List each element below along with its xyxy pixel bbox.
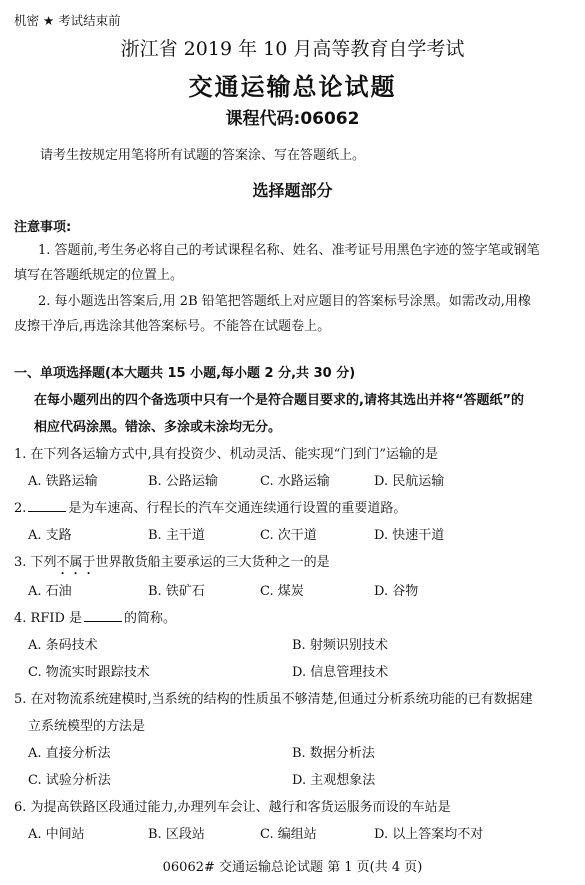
- question-1-option-a: A. 铁路运输: [28, 470, 98, 489]
- section-title: 选择题部分: [0, 178, 585, 201]
- part1-desc-line1: 在每小题列出的四个备选项中只有一个是符合题目要求的,请将其选出并将“答题纸”的: [34, 389, 524, 408]
- question-4-option-b: B. 射频识别技术: [292, 634, 388, 653]
- page-footer: 06062# 交通运输总论试题 第 1 页(共 4 页): [0, 856, 585, 875]
- question-5-stem-line1: 5. 在对物流系统建模时,当系统的结构的性质虽不够清楚,但通过分析系统功能的已有…: [14, 688, 533, 707]
- question-3-prefix: 3. 下列: [14, 555, 57, 570]
- fill-in-blank: [84, 609, 122, 622]
- question-6-option-b: B. 区段站: [148, 823, 205, 842]
- notes-heading: 注意事项:: [14, 216, 71, 235]
- note-2-line2: 皮擦干净后,再选涂其他答案标号。不能答在试题卷上。: [14, 315, 330, 334]
- question-5-option-c: C. 试验分析法: [28, 769, 111, 788]
- question-6-stem: 6. 为提高铁路区段通过能力,办理列车会让、越行和客货运服务而设的车站是: [14, 796, 451, 815]
- paper-title: 交通运输总论试题: [0, 67, 585, 102]
- question-1-stem: 1. 在下列各运输方式中,具有投资少、机动灵活、能实现“门到门”运输的是: [14, 443, 438, 462]
- part1-desc-line2: 相应代码涂黑。错涂、多涂或未涂均无分。: [34, 416, 281, 435]
- question-3-option-c: C. 煤炭: [260, 580, 304, 599]
- question-4-option-a: A. 条码技术: [28, 634, 98, 653]
- question-3-option-b: B. 铁矿石: [148, 580, 205, 599]
- question-5-option-a: A. 直接分析法: [28, 742, 111, 761]
- question-2-option-d: D. 快速干道: [374, 524, 444, 543]
- question-4-stem: 4. RFID 是的简称。: [14, 607, 176, 626]
- note-1-line2: 填写在答题纸规定的位置上。: [14, 264, 183, 283]
- question-6-option-a: A. 中间站: [28, 823, 85, 842]
- part1-heading: 一、单项选择题(本大题共 15 小题,每小题 2 分,共 30 分): [14, 362, 355, 381]
- exam-title: 浙江省 2019 年 10 月高等教育自学考试: [0, 34, 585, 61]
- question-2-stem: 2.是为车速高、行程长的汽车交通连续通行设置的重要道路。: [14, 497, 406, 516]
- answer-instruction: 请考生按规定用笔将所有试题的答案涂、写在答题纸上。: [40, 144, 365, 163]
- question-3-option-d: D. 谷物: [374, 580, 418, 599]
- question-6-option-d: D. 以上答案均不对: [374, 823, 483, 842]
- question-5-stem-line2: 立系统模型的方法是: [28, 715, 145, 734]
- question-4-prefix: 4. RFID 是: [14, 611, 82, 626]
- question-1-option-b: B. 公路运输: [148, 470, 218, 489]
- question-2-option-c: C. 次干道: [260, 524, 317, 543]
- question-2-option-b: B. 主干道: [148, 524, 205, 543]
- course-code: 课程代码:06062: [0, 104, 585, 129]
- question-4-text: 的简称。: [124, 611, 176, 626]
- confidential-label: 机密 ★ 考试结束前: [14, 11, 121, 29]
- note-2-line1: 2. 每小题选出答案后,用 2B 铅笔把答题纸上对应题目的答案标号涂黑。如需改动…: [38, 290, 531, 309]
- question-1-option-c: C. 水路运输: [260, 470, 330, 489]
- question-1-option-d: D. 民航运输: [374, 470, 444, 489]
- question-2-text: 是为车速高、行程长的汽车交通连续通行设置的重要道路。: [68, 501, 406, 516]
- question-4-option-d: D. 信息管理技术: [292, 661, 388, 680]
- fill-in-blank: [28, 499, 66, 512]
- question-5-option-b: B. 数据分析法: [292, 742, 375, 761]
- question-2-number: 2.: [14, 501, 26, 516]
- question-2-option-a: A. 支路: [28, 524, 72, 543]
- question-6-option-c: C. 编组站: [260, 823, 317, 842]
- question-3-text: 世界散货船主要承运的三大货种之一的是: [96, 555, 330, 570]
- question-5-option-d: D. 主观想象法: [292, 769, 375, 788]
- question-4-option-c: C. 物流实时跟踪技术: [28, 661, 150, 680]
- question-3-stem: 3. 下列不属于世界散货船主要承运的三大货种之一的是: [14, 551, 330, 578]
- question-3-emphasis: 不属于: [57, 555, 96, 570]
- note-1-line1: 1. 答题前,考生务必将自己的考试课程名称、姓名、准考证号用黑色字迹的签字笔或钢…: [38, 239, 540, 258]
- question-3-option-a: A. 石油: [28, 580, 72, 599]
